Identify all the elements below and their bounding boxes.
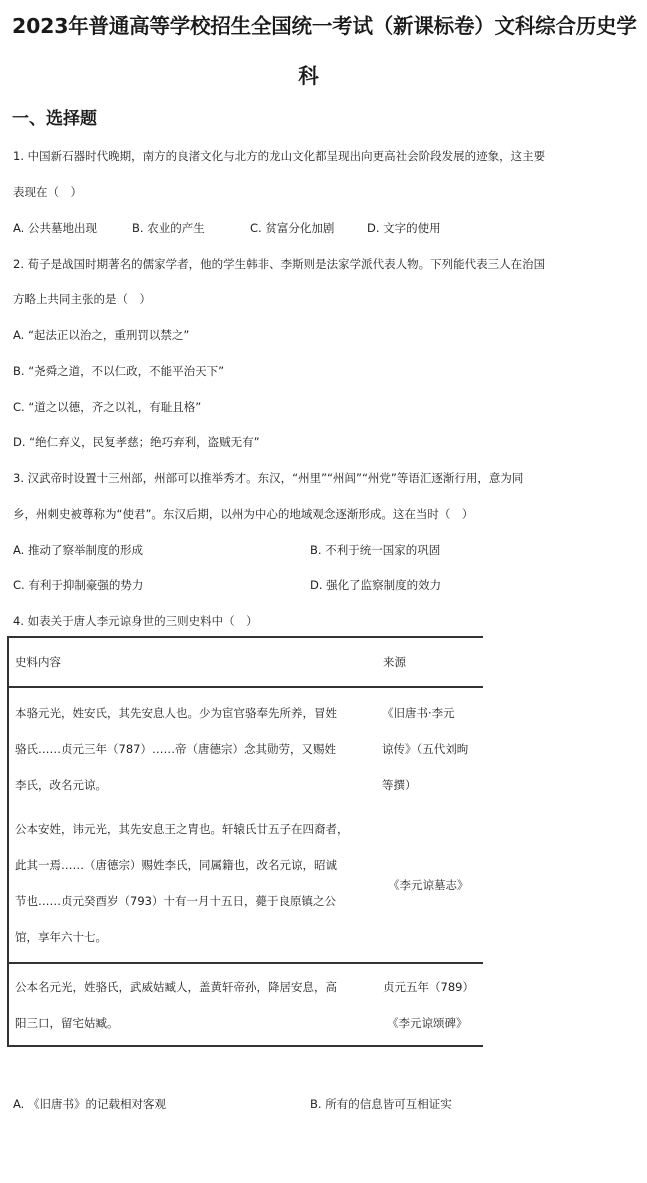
cell-line: 节也……贞元癸酉岁（793）十有一月十五日，薨于良原镇之公: [15, 883, 349, 919]
document-title: 2023年普通高等学校招生全国统一考试（新课标卷）文科综合历史学: [12, 14, 632, 38]
question-stem-line: 表现在（ ）: [13, 184, 82, 200]
table-row-2-content: 公本安姓，讳元光，其先安息王之胄也。轩辕氏廿五子在四裔者， 此其一焉……（唐德宗…: [15, 811, 349, 955]
option-c[interactable]: C. 有利于抑制豪强的势力: [13, 577, 143, 593]
option-b[interactable]: B. “尧舜之道，不以仁政，不能平治天下”: [13, 363, 224, 379]
question-stem-line: 乡，州刺史被尊称为“使君”。东汉后期，以州为中心的地域观念逐渐形成。这在当时（ …: [13, 506, 473, 522]
cell-line: 公本名元光，姓骆氏，武威姑臧人，盖黄轩帝孙，降居安息，高: [15, 969, 337, 1005]
option-c[interactable]: C. “道之以德，齐之以礼，有耻且格”: [13, 399, 201, 415]
document-title-continued: 科: [0, 64, 617, 88]
question-stem-line: 3. 汉武帝时设置十三州部，州部可以推举秀才。东汉，“州里”“州闾”“州党”等语…: [13, 470, 523, 486]
cell-line: 等撰）: [382, 767, 468, 803]
cell-line: 《李元谅颂碑》: [383, 1005, 474, 1041]
option-d[interactable]: D. 强化了监察制度的效力: [310, 577, 441, 593]
cell-line: 馆，享年六十七。: [15, 919, 349, 955]
table-rule: [9, 962, 483, 964]
question-stem-line: 1. 中国新石器时代晚期，南方的良渚文化与北方的龙山文化都呈现出向更高社会阶段发…: [13, 148, 545, 164]
question-stem-line: 2. 荀子是战国时期著名的儒家学者，他的学生韩非、李斯则是法家学派代表人物。下列…: [13, 256, 545, 272]
cell-line: 贞元五年（789）: [383, 969, 474, 1005]
table-row-2-source: 《李元谅墓志》: [388, 867, 469, 903]
option-d[interactable]: D. “绝仁弃义，民复孝慈；绝巧弃利，盗贼无有”: [13, 434, 260, 450]
cell-line: 本骆元光，姓安氏，其先安息人也。少为宦官骆奉先所养，冒姓: [15, 695, 337, 731]
option-a[interactable]: A. “起法正以治之，重刑罚以禁之”: [13, 327, 189, 343]
table-header-source: 来源: [383, 644, 406, 680]
question-stem-line: 4. 如表关于唐人李元谅身世的三则史料中（ ）: [13, 613, 258, 629]
table-rule: [9, 636, 483, 638]
cell-line: 《李元谅墓志》: [388, 867, 469, 903]
option-b[interactable]: B. 农业的产生: [132, 220, 205, 236]
option-b[interactable]: B. 不利于统一国家的巩固: [310, 542, 440, 558]
table-row-1-source: 《旧唐书·李元 谅传》（五代刘昫 等撰）: [382, 695, 468, 803]
option-c[interactable]: C. 贫富分化加剧: [250, 220, 334, 236]
cell-line: 公本安姓，讳元光，其先安息王之胄也。轩辕氏廿五子在四裔者，: [15, 811, 349, 847]
option-a[interactable]: A. 《旧唐书》的记载相对客观: [13, 1096, 166, 1112]
table-row-1-content: 本骆元光，姓安氏，其先安息人也。少为宦官骆奉先所养，冒姓 骆氏……贞元三年（78…: [15, 695, 337, 803]
option-b[interactable]: B. 所有的信息皆可互相证实: [310, 1096, 452, 1112]
source-table: 史料内容 来源 本骆元光，姓安氏，其先安息人也。少为宦官骆奉先所养，冒姓 骆氏……: [7, 636, 483, 1047]
table-rule: [9, 686, 483, 688]
cell-line: 《旧唐书·李元: [382, 695, 468, 731]
cell-line: 阳三口，留宅姑臧。: [15, 1005, 337, 1041]
section-heading: 一、选择题: [12, 108, 97, 130]
table-row-3-content: 公本名元光，姓骆氏，武威姑臧人，盖黄轩帝孙，降居安息，高 阳三口，留宅姑臧。: [15, 969, 337, 1041]
option-d[interactable]: D. 文字的使用: [367, 220, 441, 236]
cell-line: 此其一焉……（唐德宗）赐姓李氏，同属籍也，改名元谅，昭诚: [15, 847, 349, 883]
cell-line: 骆氏……贞元三年（787）……帝（唐德宗）念其勋劳，又赐姓: [15, 731, 337, 767]
table-row-3-source: 贞元五年（789） 《李元谅颂碑》: [383, 969, 474, 1041]
table-header-content: 史料内容: [15, 644, 61, 680]
option-a[interactable]: A. 公共墓地出现: [13, 220, 97, 236]
cell-line: 谅传》（五代刘昫: [382, 731, 468, 767]
question-stem-line: 方略上共同主张的是（ ）: [13, 291, 151, 307]
table-rule: [9, 1045, 483, 1047]
option-a[interactable]: A. 推动了察举制度的形成: [13, 542, 143, 558]
cell-line: 李氏，改名元谅。: [15, 767, 337, 803]
